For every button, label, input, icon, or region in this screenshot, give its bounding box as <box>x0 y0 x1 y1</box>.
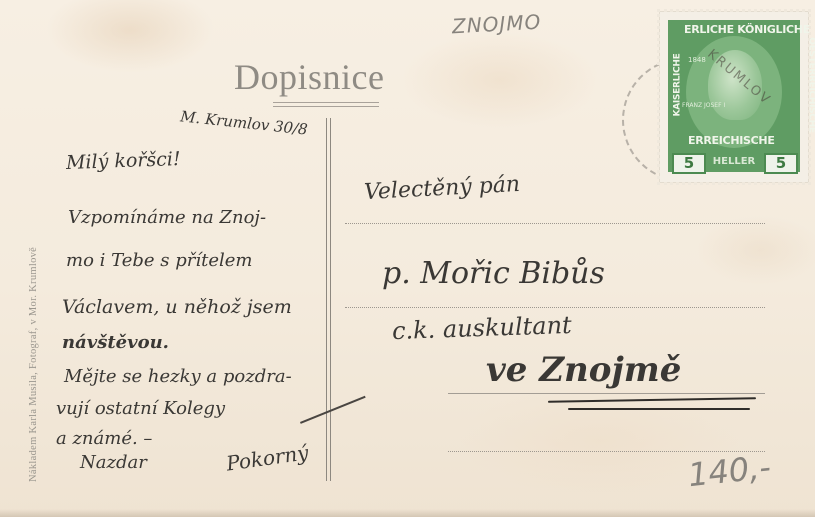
postcard-back: Dopisnice Nákladem Karla Musila, Fotogra… <box>0 0 815 517</box>
stamp-value-left: 5 <box>672 153 706 174</box>
message-line: návštěvou. <box>62 332 169 353</box>
message-line: Nazdar <box>80 452 147 473</box>
stamp-bottom-text: ERREICHISCHE <box>688 134 775 147</box>
message-line: Vzpomínáme na Znoj- <box>68 207 266 228</box>
message-line: a známé. – <box>56 428 152 449</box>
stamp-year: 1848 <box>688 56 706 64</box>
message-line: vují ostatní Kolegy <box>56 398 225 419</box>
stamp-portrait-caption: FRANZ JOSEF I <box>682 102 725 109</box>
message-line: Milý kořšci! <box>66 148 181 174</box>
postage-stamp: ERLICHE KÖNIGLICHE KAISERLICHE OESTERREI… <box>660 12 808 182</box>
stamp-currency: HELLER <box>706 156 762 167</box>
message-place-date: M. Krumlov 30/8 <box>179 107 308 138</box>
message-line: Mějte se hezky a pozdra- <box>64 366 292 387</box>
address-rule-2 <box>345 307 765 308</box>
postcard-title: Dopisnice <box>234 56 384 98</box>
pencil-price: 140,- <box>686 448 772 494</box>
address-rule-3 <box>448 393 765 394</box>
message-line: Václavem, u něhož jsem <box>62 296 292 318</box>
center-divider <box>326 118 331 481</box>
address-city: ve Znojmě <box>486 350 681 390</box>
city-underline-1 <box>548 397 756 403</box>
stamp-frame: ERLICHE KÖNIGLICHE KAISERLICHE OESTERREI… <box>668 20 800 172</box>
message-signature: Pokorný <box>225 440 310 475</box>
address-recipient-title: c.k. auskultant <box>392 311 573 345</box>
address-rule-1 <box>345 223 765 224</box>
ink-stroke <box>300 396 365 424</box>
stamp-value-right: 5 <box>764 153 798 174</box>
message-line: mo i Tebe s přítelem <box>66 250 252 271</box>
stamp-right-text: OESTERREICHISCHE <box>807 37 815 132</box>
title-underline <box>273 102 379 107</box>
address-recipient-name: p. Mořic Bibůs <box>382 256 605 291</box>
address-salutation: Velectěný pán <box>363 172 520 205</box>
stamp-left-text: KAISERLICHE <box>672 54 682 117</box>
stamp-top-text: ERLICHE KÖNIGLICHE <box>684 23 810 36</box>
publisher-imprint: Nákladem Karla Musila, Fotograf, v Mor. … <box>28 247 39 482</box>
pencil-note-top: ZNOJMO <box>451 10 541 39</box>
city-underline-2 <box>568 408 750 410</box>
address-rule-4 <box>448 451 765 452</box>
